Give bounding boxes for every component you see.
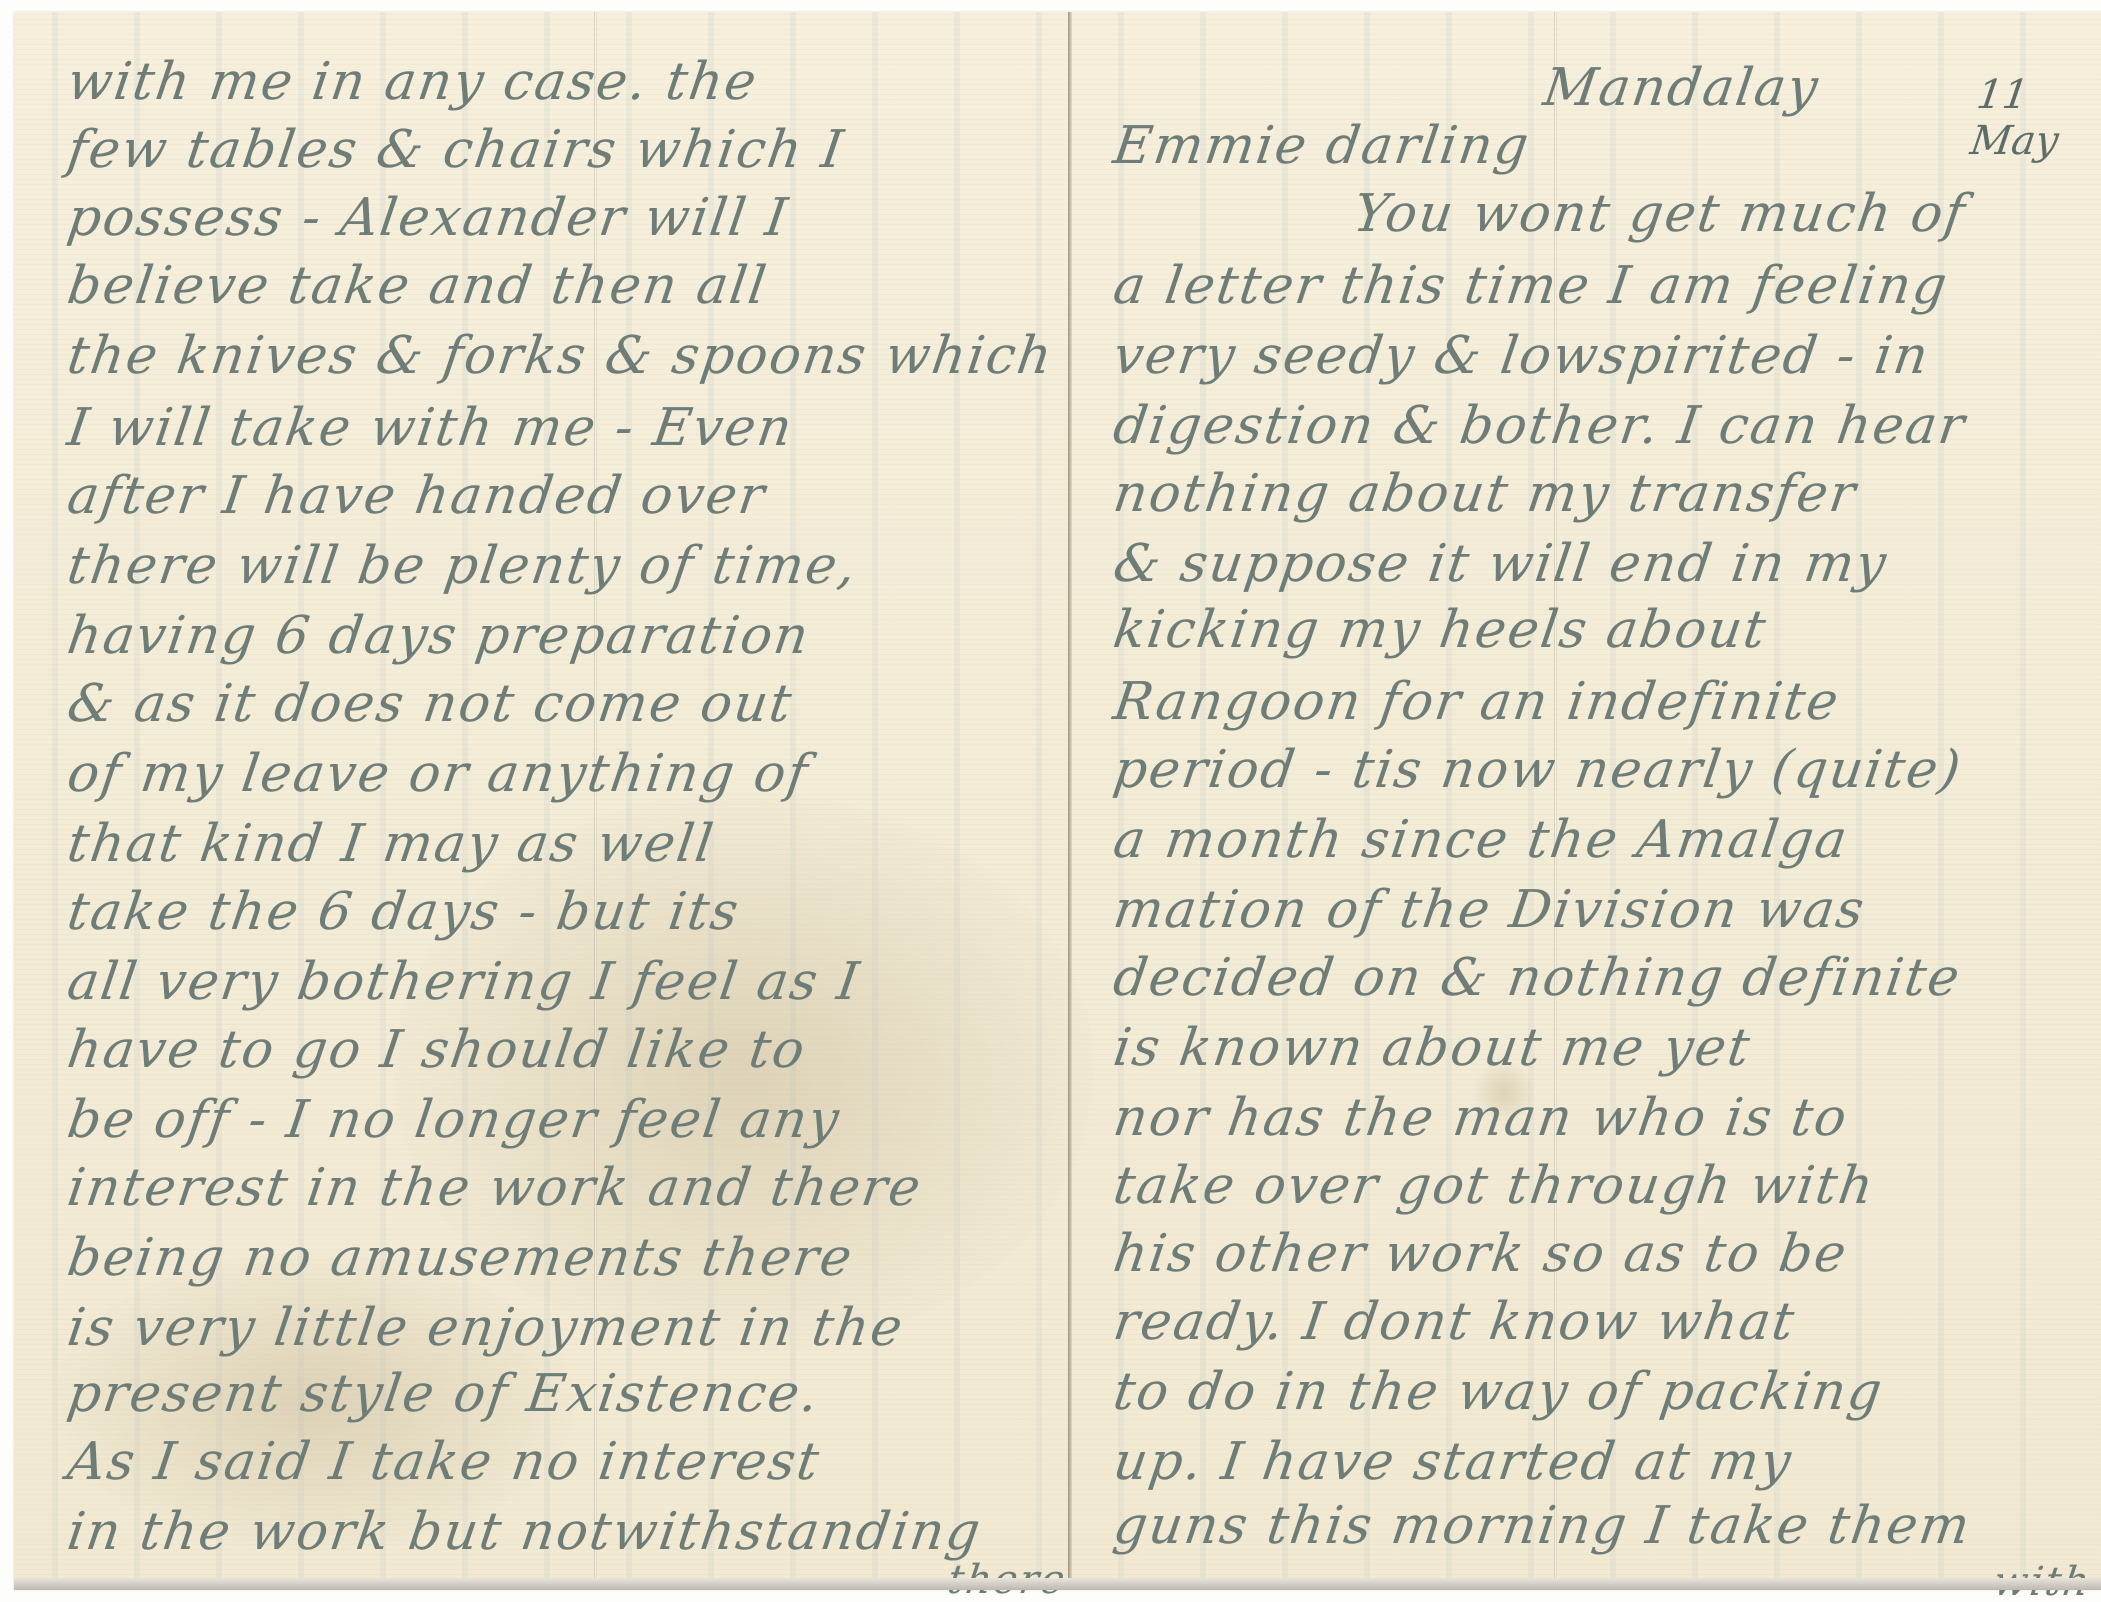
text-line: of my leave or anything of	[64, 748, 812, 800]
text-line: nothing about my transfer	[1110, 468, 1860, 520]
text-line: that kind I may as well	[64, 818, 718, 870]
text-line: the knives & forks & spoons which	[64, 330, 1056, 382]
text-line: have to go I should like to	[64, 1024, 809, 1076]
text-line: & as it does not come out	[64, 678, 796, 730]
text-line: kicking my heels about	[1110, 604, 1770, 656]
text-line: You wont get much of	[1350, 188, 1969, 240]
text-line: is known about me yet	[1110, 1022, 1754, 1074]
text-line: in the work but notwithstanding	[64, 1506, 985, 1558]
text-line: a month since the Amalga	[1110, 814, 1852, 866]
text-line: with me in any case. the	[64, 56, 761, 108]
text-line: very seedy & lowspirited - in	[1110, 330, 1933, 382]
right-page: Mandalay 11 May Emmie darling You wont g…	[1114, 12, 2101, 1590]
letter-sheet: with me in any case. the few tables & ch…	[14, 12, 2101, 1590]
text-line: & suppose it will end in my	[1110, 538, 1891, 590]
text-line: believe take and then all	[64, 260, 771, 312]
text-line: is very little enjoyment in the	[64, 1302, 907, 1354]
text-line: take over got through with	[1110, 1160, 1878, 1212]
letter-place: Mandalay	[1540, 58, 1823, 118]
text-line: there will be plenty of time,	[64, 540, 860, 592]
text-line: to do in the way of packing	[1110, 1366, 1886, 1418]
text-line: up. I have started at my	[1110, 1436, 1795, 1488]
text-line: period - tis now nearly (quite)	[1110, 744, 1965, 796]
text-line: be off - I no longer feel any	[64, 1094, 843, 1146]
text-line: few tables & chairs which I	[64, 124, 848, 176]
text-line: possess - Alexander will I	[64, 192, 792, 244]
text-line: his other work so as to be	[1110, 1228, 1851, 1280]
text-line: As I said I take no interest	[64, 1436, 823, 1488]
text-line: after I have handed over	[64, 470, 769, 522]
text-line: being no amusements there	[64, 1232, 856, 1284]
text-line: Rangoon for an indefinite	[1110, 676, 1843, 728]
text-line: digestion & bother. I can hear	[1110, 400, 1969, 452]
text-line: mation of the Division was	[1110, 884, 1868, 936]
text-line: present style of Existence.	[64, 1368, 823, 1420]
text-line: nor has the man who is to	[1110, 1092, 1851, 1144]
text-line: ready. I dont know what	[1110, 1296, 1799, 1348]
salutation: Emmie darling	[1110, 116, 1534, 176]
text-line: a letter this time I am feeling	[1110, 260, 1951, 312]
text-line: take the 6 days - but its	[64, 886, 743, 938]
text-line: I will take with me - Even	[64, 402, 796, 454]
text-line: decided on & nothing definite	[1110, 952, 1964, 1004]
text-line: having 6 days preparation	[64, 610, 813, 662]
letter-date: 11 May	[1968, 72, 2101, 164]
center-fold	[1068, 12, 1072, 1590]
left-page: with me in any case. the few tables & ch…	[68, 12, 1058, 1590]
text-line: guns this morning I take them	[1110, 1500, 1974, 1552]
paper-bottom-edge	[14, 1578, 2101, 1590]
text-line: all very bothering I feel as I	[64, 956, 863, 1008]
text-line: interest in the work and there	[64, 1162, 925, 1214]
